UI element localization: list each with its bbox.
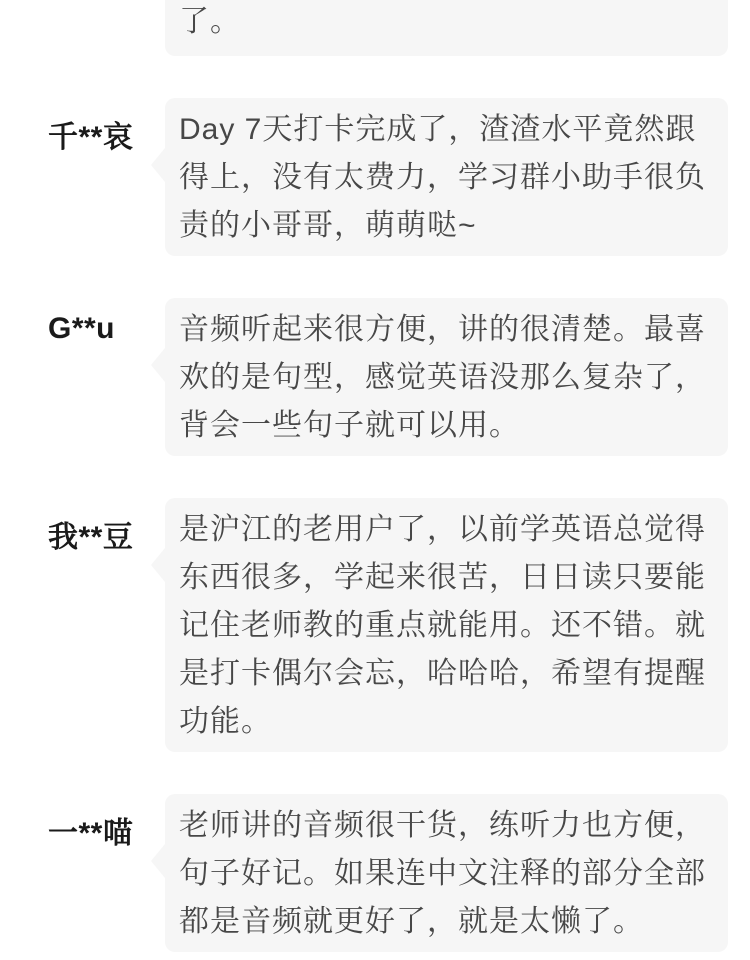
review-item: 了。 <box>48 0 728 56</box>
review-text: Day 7天打卡完成了，渣渣水平竟然跟得上，没有太费力，学习群小助手很负责的小哥… <box>179 106 714 250</box>
review-item: 我**豆 是沪江的老用户了，以前学英语总觉得东西很多，学起来很苦，日日读只要能记… <box>48 498 728 752</box>
review-text: 音频听起来很方便，讲的很清楚。最喜欢的是句型，感觉英语没那么复杂了，背会一些句子… <box>179 306 714 450</box>
review-text: 是沪江的老用户了，以前学英语总觉得东西很多，学起来很苦，日日读只要能记住老师教的… <box>179 506 714 746</box>
review-bubble: 音频听起来很方便，讲的很清楚。最喜欢的是句型，感觉英语没那么复杂了，背会一些句子… <box>165 298 728 456</box>
review-bubble-cut: 了。 <box>165 0 728 56</box>
reviewer-name <box>48 0 165 14</box>
reviewer-name: 千**哀 <box>48 98 165 156</box>
bubble-tail <box>151 548 165 582</box>
review-item: 一**喵 老师讲的音频很干货，练听力也方便，句子好记。如果连中文注释的部分全部都… <box>48 794 728 952</box>
review-text: 了。 <box>179 0 714 46</box>
reviewer-name: 我**豆 <box>48 498 165 556</box>
bubble-tail <box>151 148 165 182</box>
bubble-tail <box>151 348 165 382</box>
review-item: G**u 音频听起来很方便，讲的很清楚。最喜欢的是句型，感觉英语没那么复杂了，背… <box>48 298 728 456</box>
review-bubble: Day 7天打卡完成了，渣渣水平竟然跟得上，没有太费力，学习群小助手很负责的小哥… <box>165 98 728 256</box>
review-list: 了。 千**哀 Day 7天打卡完成了，渣渣水平竟然跟得上，没有太费力，学习群小… <box>0 0 750 952</box>
reviewer-name: 一**喵 <box>48 794 165 852</box>
bubble-tail <box>151 844 165 878</box>
review-item: 千**哀 Day 7天打卡完成了，渣渣水平竟然跟得上，没有太费力，学习群小助手很… <box>48 98 728 256</box>
review-text: 老师讲的音频很干货，练听力也方便，句子好记。如果连中文注释的部分全部都是音频就更… <box>179 802 714 946</box>
review-bubble: 老师讲的音频很干货，练听力也方便，句子好记。如果连中文注释的部分全部都是音频就更… <box>165 794 728 952</box>
review-bubble: 是沪江的老用户了，以前学英语总觉得东西很多，学起来很苦，日日读只要能记住老师教的… <box>165 498 728 752</box>
reviewer-name: G**u <box>48 298 165 346</box>
